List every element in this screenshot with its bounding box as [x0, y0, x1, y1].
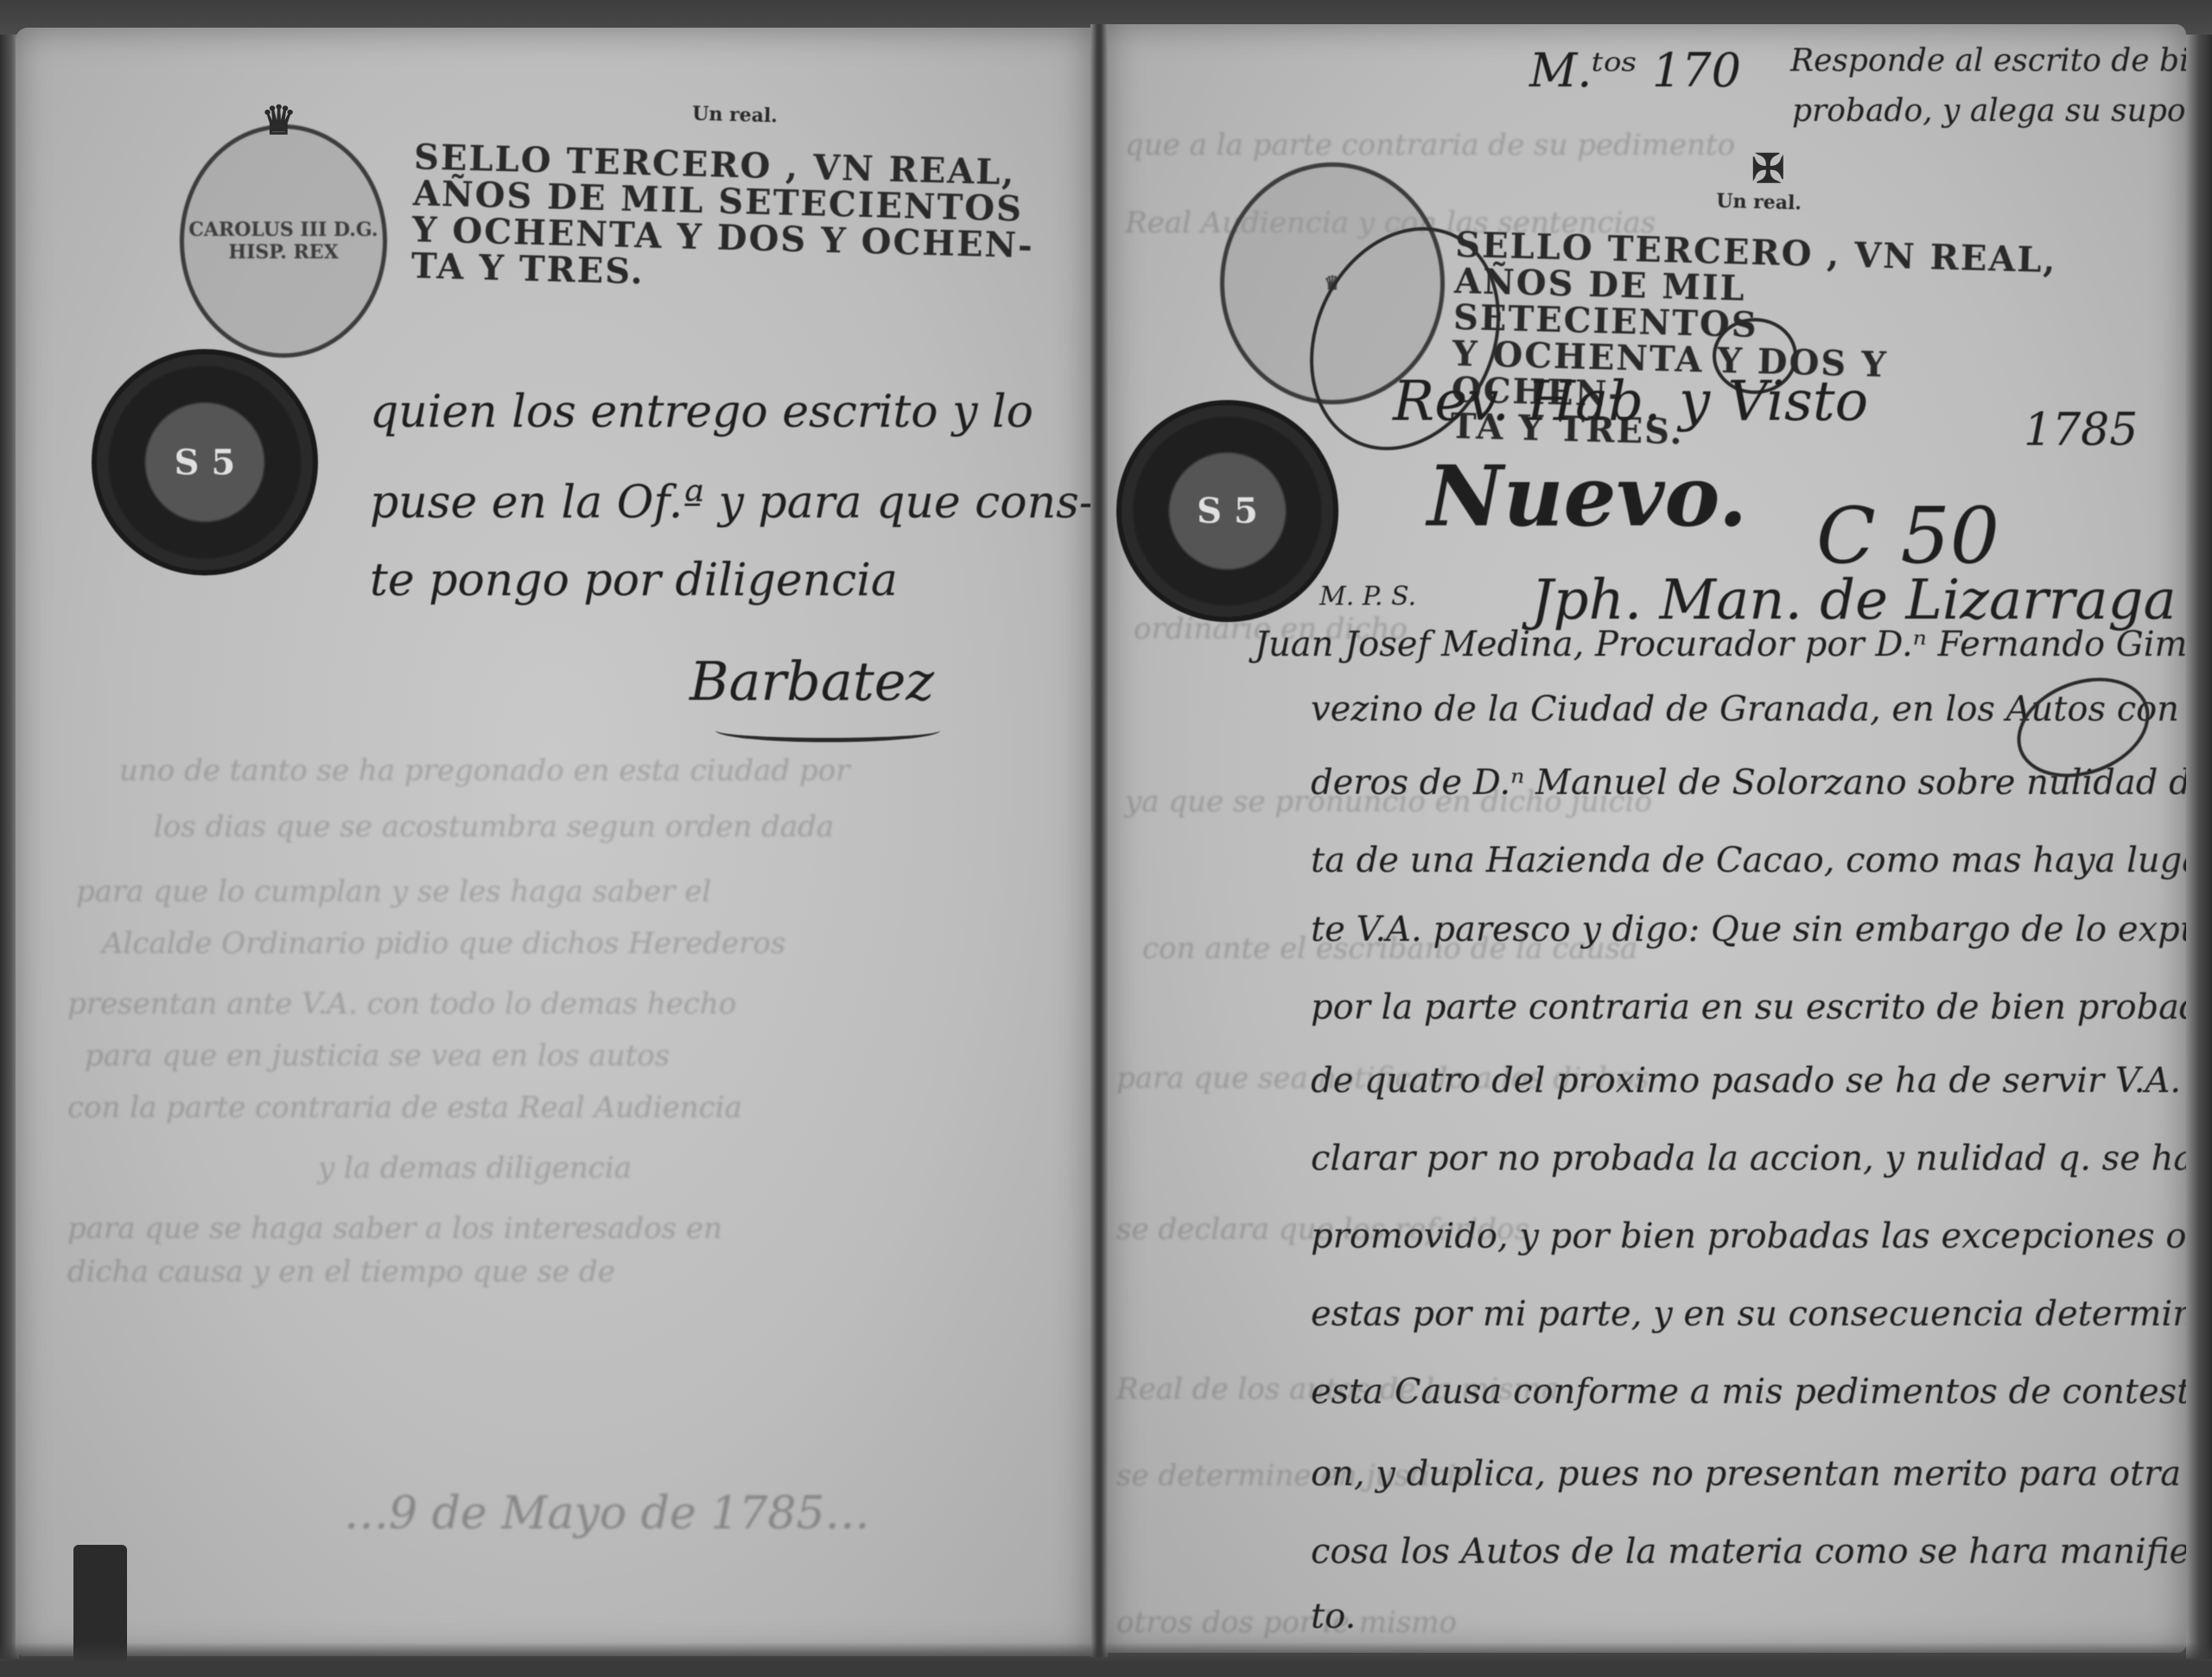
body-line-1: Juan Josef Medina, Procurador por D.ⁿ Fe…	[1255, 625, 2186, 664]
stamp-header: Un real.	[415, 97, 1054, 133]
signature: Barbatez	[690, 650, 934, 713]
body-line-9: promovido, y por bien probadas las excep…	[1311, 1216, 2186, 1256]
body-line-5: te V.A. paresco y digo: Que sin embargo …	[1311, 910, 2186, 950]
body-line-14: to.	[1311, 1597, 1356, 1636]
annotation-nuevo: Nuevo.	[1427, 448, 1747, 545]
crown-icon: ♛	[261, 97, 296, 143]
body-line-4: ta de una Hazienda de Cacao, como mas ha…	[1311, 841, 2186, 880]
margin-note-line-1: Responde al escrito de bien	[1790, 43, 2186, 79]
annotation-year: 1785	[2024, 404, 2138, 456]
body-line-11: esta Causa conforme a mis pedimentos de …	[1311, 1372, 2186, 1412]
left-page: uno de tanto se ha pregonado en esta ciu…	[16, 28, 1090, 1656]
faint-bottom-note: …9 de Mayo de 1785…	[344, 1488, 870, 1540]
body-line-8: clarar por no probada la accion, y nulid…	[1311, 1139, 2186, 1178]
body-line-6: por la parte contraria en su escrito de …	[1311, 988, 2186, 1027]
signature-flourish	[715, 719, 940, 742]
right-binding-edge	[2186, 35, 2212, 1659]
stamp-header: Un real.	[1456, 185, 2061, 220]
salutation: M. P. S.	[1319, 581, 1416, 612]
archive-reference: M.ᵗᵒˢ 170	[1529, 43, 1741, 98]
royal-seal-text: CAROLUS III D.G. HISP. REX	[184, 219, 383, 264]
annotation-signature: Jph. Man. de Lizarraga	[1531, 569, 2177, 632]
right-page: que a la parte contraria de su pedimento…	[1108, 24, 2186, 1653]
body-line-7: de quatro del proximo pasado se ha de se…	[1311, 1061, 2186, 1101]
bottom-shadow	[0, 1642, 2212, 1677]
royal-seal-outline: CAROLUS III D.G. HISP. REX	[180, 124, 387, 358]
body-line-10: estas por mi parte, y en su consecuencia…	[1311, 1294, 2186, 1334]
dark-ink-seal: S 5	[92, 349, 318, 575]
handwritten-line-3: te pongo por diligencia	[370, 555, 898, 607]
dark-seal-letters: S 5	[1197, 491, 1258, 531]
handwritten-line-2: puse en la Of.ª y para que cons-	[370, 477, 1090, 529]
dark-seal-letters: S 5	[175, 442, 236, 483]
dark-ink-seal: S 5	[1116, 400, 1338, 622]
margin-note-line-2: probado, y alega su suporte	[1792, 93, 2186, 129]
body-line-12: on, y duplica, pues no presentan merito …	[1311, 1454, 2181, 1494]
handwritten-line-1: quien los entrego escrito y lo	[370, 386, 1033, 438]
body-line-13: cosa los Autos de la materia como se har…	[1311, 1532, 2186, 1572]
sello-tercero-stamp: Un real. SELLO TERCERO , VN REAL, AÑOS D…	[410, 97, 1054, 301]
annotation-revision: Rev. Hab. y Visto	[1393, 370, 1868, 434]
cross-icon: ✠	[1751, 145, 1785, 192]
book-gutter	[1090, 24, 1108, 1657]
